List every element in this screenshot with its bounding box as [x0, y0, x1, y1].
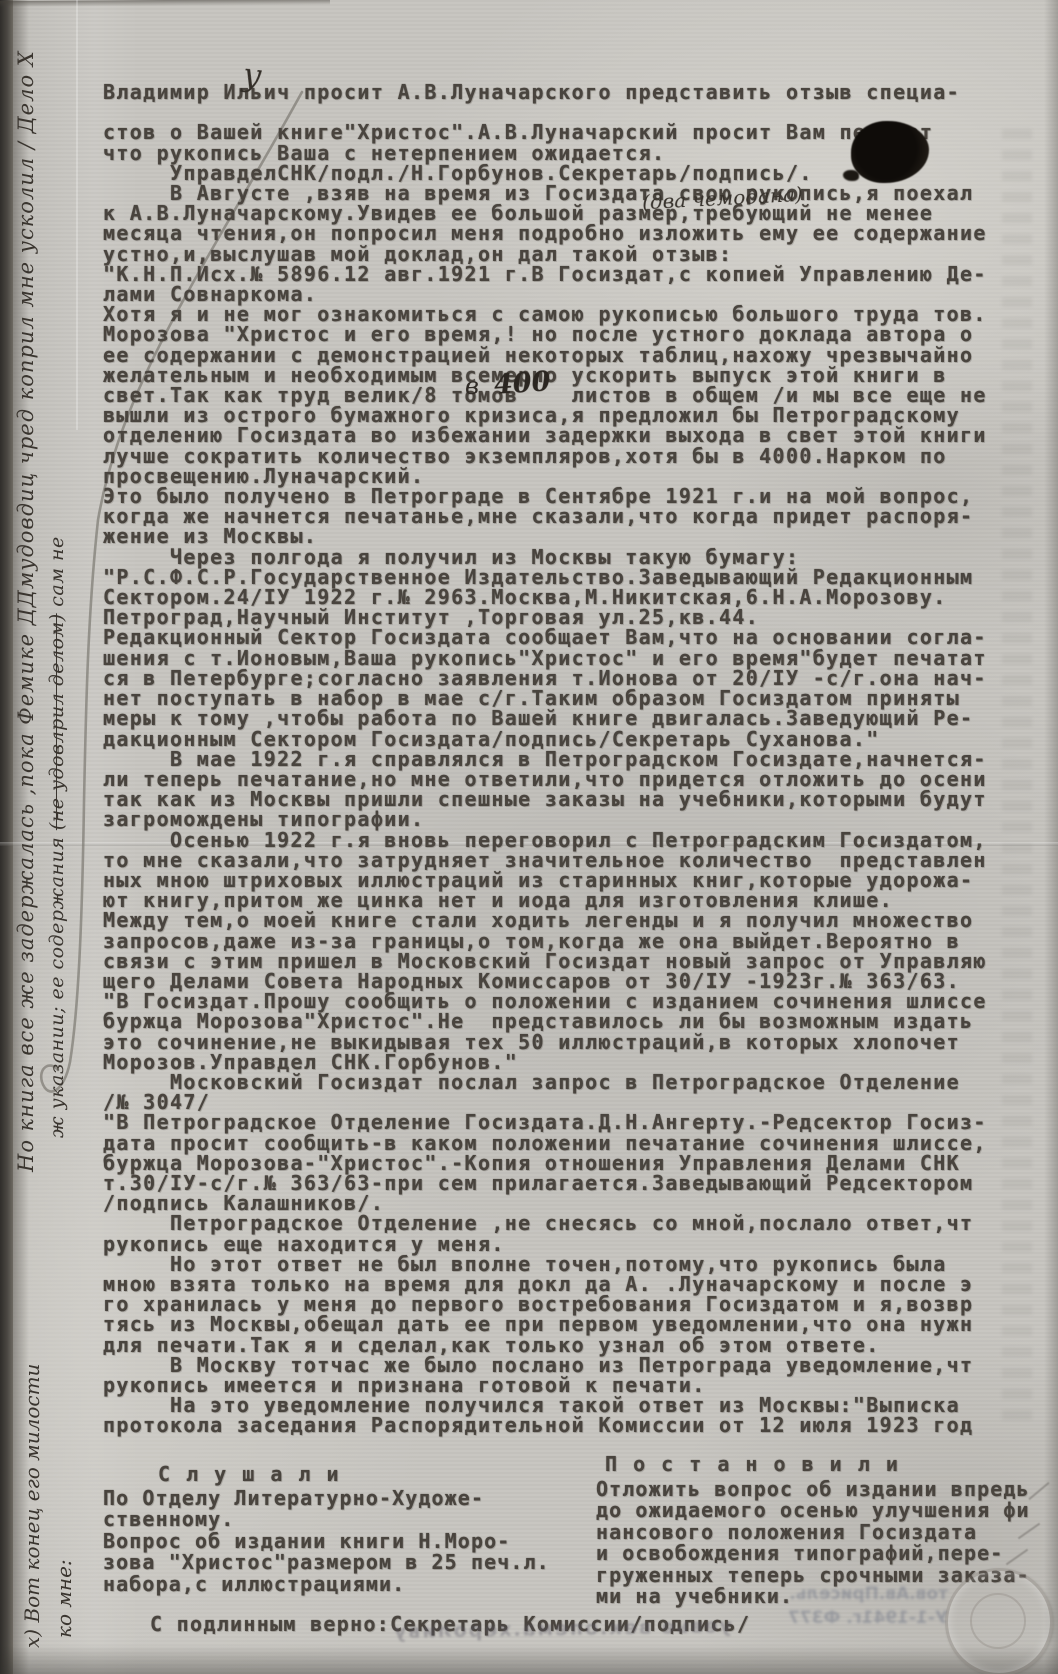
column-header-heard: С л у ш а л и — [158, 1462, 341, 1486]
margin-note-inner: ж указании; ее содержания (не удовлрил д… — [46, 128, 68, 1138]
margin-note-bottom-line1: х) Вот конец его милости — [20, 1308, 44, 1648]
margin-note-inner-struck: (не удовлрил делом) — [46, 613, 68, 830]
margin-note-inner-pre: ж указании; ее содержания — [46, 830, 68, 1138]
margin-note-inner-post: сам не — [46, 536, 68, 613]
handwritten-insertion-v: в — [465, 372, 479, 400]
handwritten-caret-mark: у — [241, 55, 263, 95]
embossed-seal — [945, 1568, 1053, 1674]
margin-note-outer: Но книга все же задержалась ,пока Фемике… — [14, 52, 38, 1172]
margin-note-bottom-line2: ко мне: — [52, 1438, 76, 1638]
paper-top-edge — [0, 0, 330, 7]
paper-left-edge — [0, 0, 13, 1674]
archive-stamp-line2: У-1-1941г. Ф377 — [788, 1608, 948, 1628]
handwritten-insertion-400: 400 — [493, 366, 551, 401]
bleed-through-text: уевье век.опема.хероливу — [392, 1615, 732, 1643]
column-body-heard: По Отделу Литературно-Художе- ственному.… — [103, 1488, 583, 1595]
typed-letter-body: Владимир Ильич просит А.В.Луначарского п… — [103, 82, 1023, 1436]
ink-blot-tail — [843, 170, 859, 181]
archive-stamp-line1: тов.Ав.Присель. — [789, 1584, 948, 1604]
embossed-seal-inner-ring — [970, 1593, 1026, 1649]
paper-right-edge — [1044, 0, 1058, 1674]
scanned-document-page: Владимир Ильич просит А.В.Луначарского п… — [0, 0, 1058, 1674]
vertical-crease — [76, 0, 78, 430]
archive-stamp-text: тов.Ав.Присель.У-1-1941г. Ф377 — [788, 1582, 948, 1630]
paper-bottom-edge — [0, 1645, 1058, 1674]
column-header-resolved: П о с т а н о в и л и — [605, 1452, 900, 1476]
